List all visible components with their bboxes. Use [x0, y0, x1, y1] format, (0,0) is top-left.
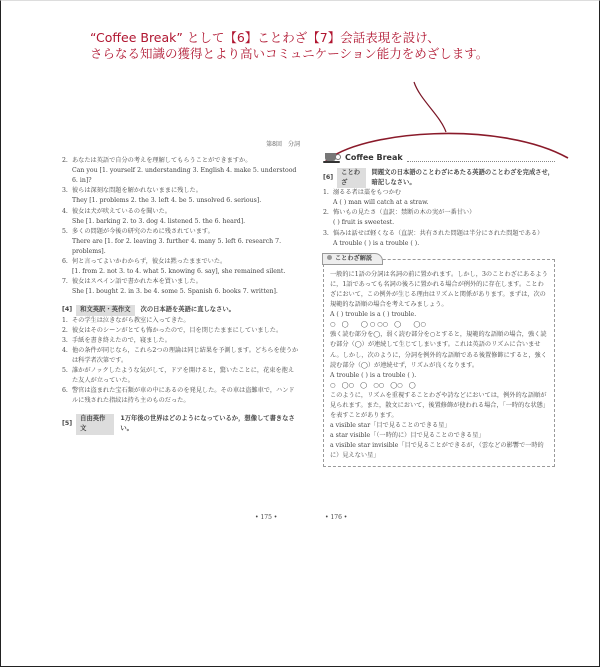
callout-line-2: さらなる知識の獲得とより高いコミュニケーション能力をめざします。: [90, 46, 530, 62]
item-number: 2.: [62, 156, 72, 186]
explanation-paragraph: 強く読む部分を◯，弱く読む部分を○とすると，規範的な語順の場合，強く読む部分（◯…: [330, 330, 548, 370]
dotted-rule: [407, 155, 555, 162]
exercise-item: 7.彼女はスペイン語で書かれた本を買いました。She [1. bought 2.…: [62, 277, 300, 297]
example-phrase: a visible star invisible「目で見ることができるが，（雲な…: [330, 441, 548, 461]
section-label: [5]: [62, 419, 72, 429]
item-japanese: あなたは英語で自分の考えを理解してもらうことができますか。: [72, 156, 300, 166]
section-6-header: [6] ことわざ 問題文の日本語のことわざにあたる英語のことわざを完成させ，暗記…: [323, 168, 555, 188]
item-number: 2.: [62, 326, 72, 336]
callout-annotation: “Coffee Break” として【6】ことわざ【7】会話表現を設け、 さらな…: [90, 30, 530, 62]
section-label: [4]: [62, 305, 72, 315]
section-instruction: 1万年後の世界はどのようになっているか，想像して書きなさい。: [120, 414, 300, 434]
item-number: 1.: [62, 316, 72, 326]
item-japanese: 悩みは話せば軽くなる（直訳：共有された問題は半分にされた問題である）: [333, 229, 543, 239]
item-number: 3.: [62, 336, 72, 346]
item-english: They [1. problems 2. the 3. left 4. be 5…: [72, 196, 261, 206]
item-japanese: 彼らは深刻な問題を解かれないままに残した。: [72, 186, 261, 196]
section-instruction: 問題文の日本語のことわざにあたる英語のことわざを完成させ，暗記しなさい。: [372, 168, 555, 188]
coffee-break-title: Coffee Break: [345, 153, 403, 163]
right-page: Coffee Break [6] ことわざ 問題文の日本語のことわざにあたる英語…: [323, 140, 555, 467]
proverb-item: 3.悩みは話せば軽くなる（直訳：共有された問題は半分にされた問題である）A tr…: [323, 229, 555, 249]
item-text: その学生は泣きながら教室に入ってきた。: [72, 316, 190, 326]
example-sentence: A ( ) trouble is a ( ) trouble.: [330, 310, 548, 320]
section-tag: 自由英作文: [76, 414, 114, 434]
left-page: 第8回 分詞 2.あなたは英語で自分の考えを理解してもらうことができますか。Ca…: [62, 140, 300, 435]
section-label: [6]: [323, 173, 333, 183]
example-phrase: a visible star「目で見ることのできる星」: [330, 421, 548, 431]
item-japanese: 溺るる者は藁をもつかむ: [333, 188, 429, 198]
item-text: 警官は盗まれた宝石類が車の中にあるのを発見した。その車は盗難車で，ハンドルに残さ…: [72, 386, 300, 406]
item-japanese: 怖いもの見たさ（直訳：禁断の木の実が一番甘い）: [333, 208, 475, 218]
item-text: 彼女はそのシーンがとても怖かったので，目を閉じたままにしていました。: [72, 326, 282, 336]
exercise-item: 6.何と言ってよいかわからず，彼女は黙ったままでいた。[1. from 2. n…: [62, 257, 300, 277]
item-english: Can you [1. yourself 2. understanding 3.…: [72, 166, 300, 186]
explanation-label: ことわざ解説: [322, 253, 383, 265]
item-number: 6.: [62, 257, 72, 277]
item-english: A ( ) man will catch at a straw.: [333, 198, 429, 208]
item-text: 手紙を書き終えたので，寝ました。: [72, 336, 171, 346]
item-english: She [1. bought 2. in 3. be 4. some 5. Sp…: [72, 287, 278, 297]
item-number: 6.: [62, 386, 72, 406]
exercise-item: 4.彼女は犬が吠えているのを聞いた。She [1. barking 2. to …: [62, 207, 300, 227]
section-instruction: 次の日本語を英語に直しなさい。: [141, 305, 235, 315]
item-english: She [1. barking 2. to 3. dog 4. listened…: [72, 217, 245, 227]
running-head: 第8回 分詞: [62, 140, 300, 150]
coffee-cup-icon: [323, 152, 341, 164]
section-4-header: [4] 和文英訳・英作文 次の日本語を英語に直しなさい。: [62, 305, 300, 315]
coffee-break-header: Coffee Break: [323, 152, 555, 164]
exercise-item: 6.警官は盗まれた宝石類が車の中にあるのを発見した。その車は盗難車で，ハンドルに…: [62, 386, 300, 406]
explanation-label-text: ことわざ解説: [335, 255, 372, 262]
stress-pattern: ○ ◯ ◯ ○ ○○ ◯ ◯○: [330, 320, 548, 330]
example-sentence: A trouble ( ) is a trouble ( ).: [330, 371, 548, 381]
exercise-item: 1.その学生は泣きながら教室に入ってきた。: [62, 316, 300, 326]
exercise-item: 5.多くの問題が今後の研究のために残されています。There are [1. f…: [62, 227, 300, 257]
exercise-item: 3.彼らは深刻な問題を解かれないままに残した。They [1. problems…: [62, 186, 300, 206]
page-number-left: • 175 •: [255, 514, 277, 521]
item-english: ( ) fruit is sweetest.: [333, 218, 475, 228]
exercise-item: 2.彼女はそのシーンがとても怖かったので，目を閉じたままにしていました。: [62, 326, 300, 336]
item-japanese: 何と言ってよいかわからず，彼女は黙ったままでいた。: [72, 257, 285, 267]
item-number: 7.: [62, 277, 72, 297]
item-number: 1.: [323, 188, 333, 208]
exercise-item: 3.手紙を書き終えたので，寝ました。: [62, 336, 300, 346]
item-number: 4.: [62, 346, 72, 366]
item-japanese: 多くの問題が今後の研究のために残されています。: [72, 227, 300, 237]
callout-line-1: “Coffee Break” として【6】ことわざ【7】会話表現を設け、: [90, 30, 530, 46]
page-number-right: • 176 •: [325, 514, 347, 521]
explanation-box: ことわざ解説 一般的に1語の分詞は名詞の前に置かれます。しかし，3のことわざにあ…: [323, 259, 555, 467]
item-number: 3.: [323, 229, 333, 249]
stress-pattern: ○ ◯○ ◯ ○○ ◯○ ◯: [330, 381, 548, 391]
exercise-item: 4.他の条件が同じなら，これら2つの理論は同じ結果を予測します。どちらを使うかは…: [62, 346, 300, 366]
item-number: 5.: [62, 227, 72, 257]
example-phrase: a star visible「（一時的に）目で見ることのできる星」: [330, 431, 548, 441]
item-english: There are [1. for 2. leaving 3. further …: [72, 237, 300, 257]
proverb-item: 2.怖いもの見たさ（直訳：禁断の木の実が一番甘い）( ) fruit is sw…: [323, 208, 555, 228]
item-japanese: 彼女は犬が吠えているのを聞いた。: [72, 207, 245, 217]
item-number: 3.: [62, 186, 72, 206]
exercise-item: 2.あなたは英語で自分の考えを理解してもらうことができますか。Can you […: [62, 156, 300, 186]
item-number: 4.: [62, 207, 72, 227]
item-text: 他の条件が同じなら，これら2つの理論は同じ結果を予測します。どちらを使うかは科学…: [72, 346, 300, 366]
item-english: [1. from 2. not 3. to 4. what 5. knowing…: [72, 267, 285, 277]
section-5-header: [5] 自由英作文 1万年後の世界はどのようになっているか，想像して書きなさい。: [62, 414, 300, 434]
item-japanese: 彼女はスペイン語で書かれた本を買いました。: [72, 277, 278, 287]
item-text: 誰かがノックしたような気がして，ドアを開けると，驚いたことに，花束を抱えた友人が…: [72, 366, 300, 386]
proverb-item: 1.溺るる者は藁をもつかむA ( ) man will catch at a s…: [323, 188, 555, 208]
explanation-paragraph: 一般的に1語の分詞は名詞の前に置かれます。しかし，3のことわざにあるように，1語…: [330, 270, 548, 310]
explanation-paragraph: このように，リズムを重視することわざや詩などにおいては，例外的な語順が見られます…: [330, 391, 548, 421]
bullet-icon: [327, 255, 332, 260]
item-english: A trouble ( ) is a trouble ( ).: [333, 239, 543, 249]
section-tag: 和文英訳・英作文: [76, 305, 134, 315]
item-number: 5.: [62, 366, 72, 386]
item-number: 2.: [323, 208, 333, 228]
section-tag: ことわざ: [337, 168, 365, 188]
exercise-item: 5.誰かがノックしたような気がして，ドアを開けると，驚いたことに，花束を抱えた友…: [62, 366, 300, 386]
